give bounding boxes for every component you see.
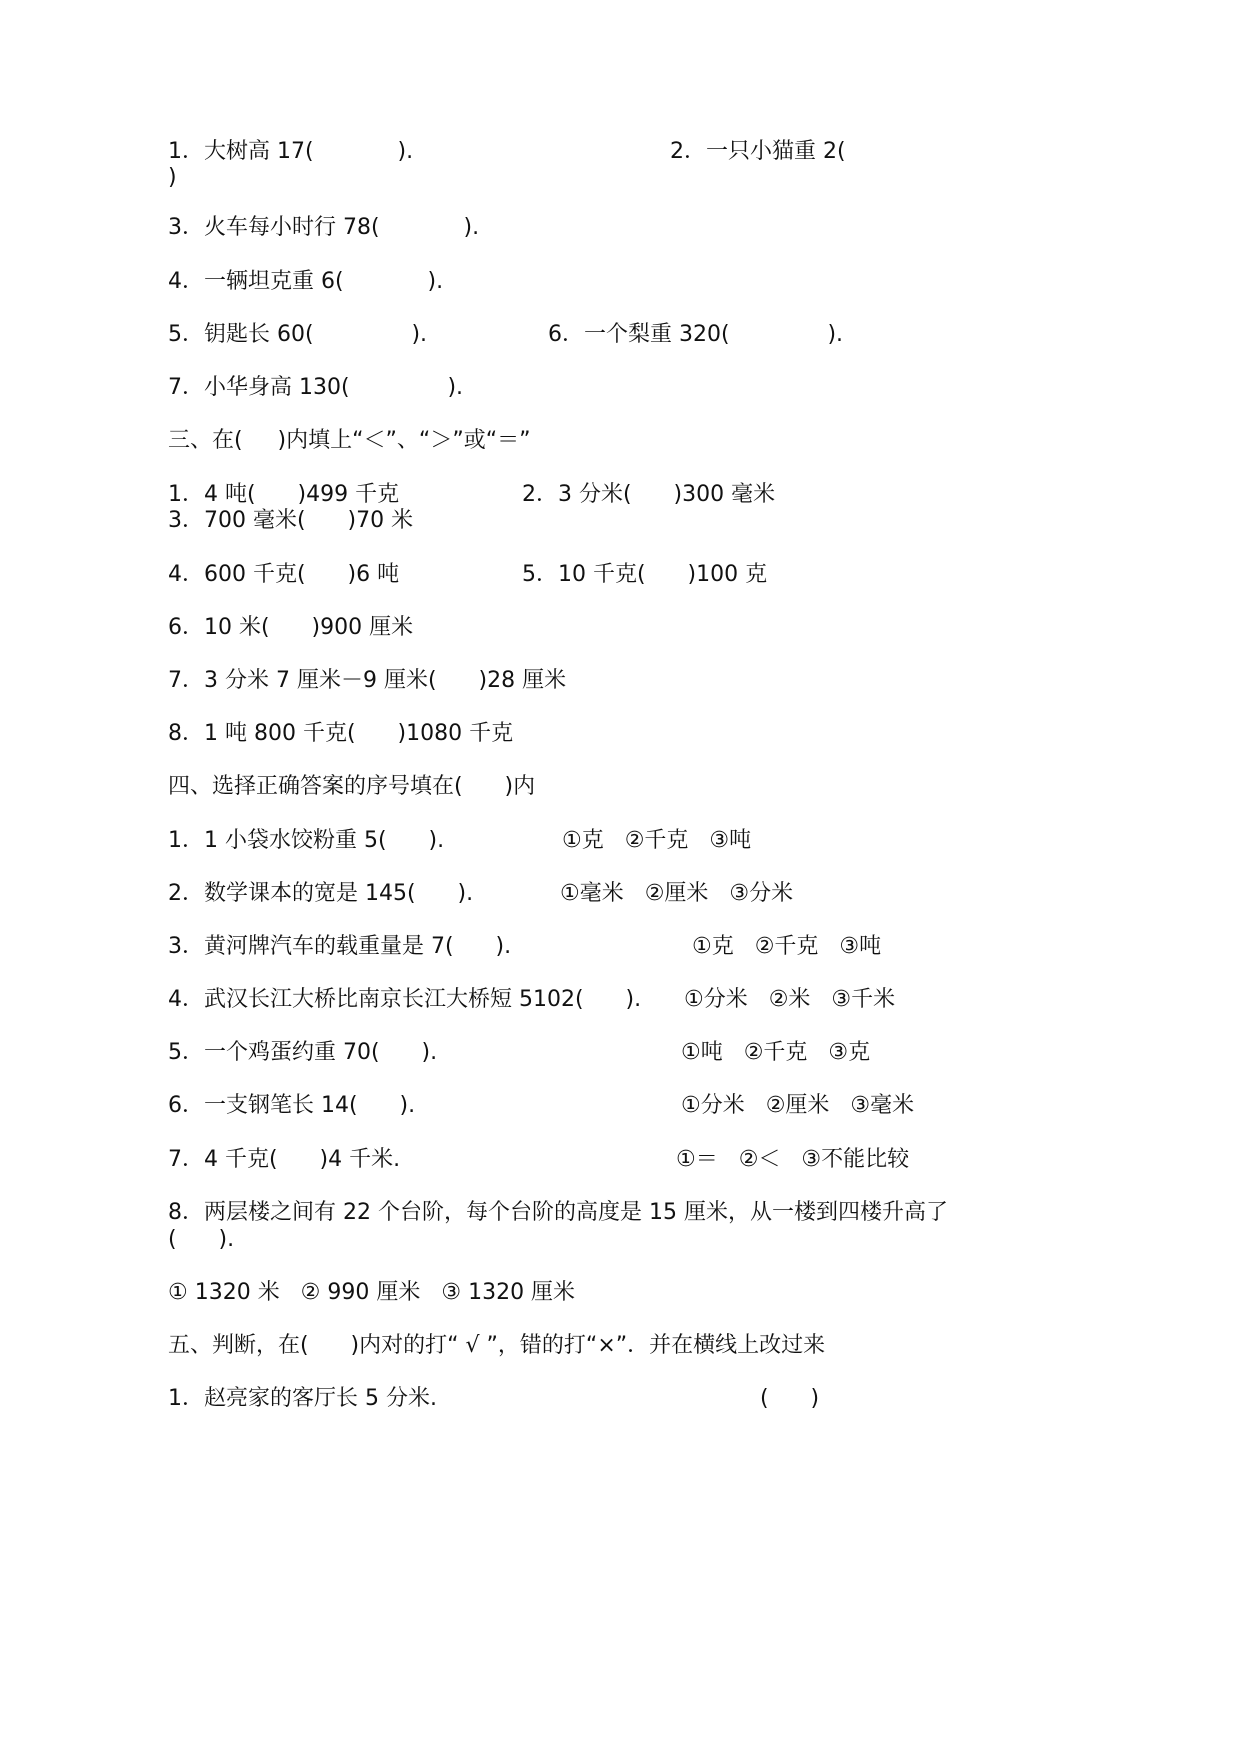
- s4-q3: 3．黄河牌汽车的载重量是 7( ).: [168, 933, 511, 961]
- s4-q8-options: ① 1320 米 ② 990 厘米 ③ 1320 厘米: [168, 1279, 575, 1307]
- section5-heading: 五、判断，在( )内对的打“ √ ”，错的打“×”．并在横线上改过来: [168, 1332, 825, 1360]
- s4-q5: 5．一个鸡蛋约重 70( ).: [168, 1039, 437, 1067]
- s4-q2: 2．数学课本的宽是 145( ).: [168, 880, 473, 908]
- s3-item-6: 6．10 米( )900 厘米: [168, 614, 413, 642]
- s2-item-2: 2．一只小猫重 2(: [670, 138, 846, 166]
- s4-q5-options: ①吨 ②千克 ③克: [681, 1039, 870, 1067]
- s2-item-4: 4．一辆坦克重 6( ).: [168, 268, 443, 296]
- s3-item-5: 5．10 千克( )100 克: [522, 561, 767, 589]
- s2-item-2-close: ): [168, 164, 177, 192]
- s4-q6-options: ①分米 ②厘米 ③毫米: [681, 1092, 914, 1120]
- s4-q7: 7．4 千克( )4 千米.: [168, 1146, 400, 1174]
- s3-item-2: 2．3 分米( )300 毫米: [522, 481, 775, 509]
- s2-item-6: 6．一个梨重 320( ).: [548, 321, 843, 349]
- s2-item-1: 1．大树高 17( ).: [168, 138, 413, 166]
- s5-q1-answer-box: ( ): [760, 1385, 819, 1413]
- s2-item-5: 5．钥匙长 60( ).: [168, 321, 427, 349]
- s3-item-4: 4．600 千克( )6 吨: [168, 561, 399, 589]
- s3-item-3: 3．700 毫米( )70 米: [168, 507, 413, 535]
- s4-q8: 8．两层楼之间有 22 个台阶，每个台阶的高度是 15 厘米，从一楼到四楼升高了: [168, 1199, 948, 1227]
- s5-q1: 1．赵亮家的客厅长 5 分米.: [168, 1385, 437, 1413]
- s4-q8-continuation: ( ).: [168, 1226, 234, 1254]
- section3-heading: 三、在( )内填上“＜”、“＞”或“＝”: [168, 427, 531, 455]
- s4-q1: 1．1 小袋水饺粉重 5( ).: [168, 827, 444, 855]
- s4-q4: 4．武汉长江大桥比南京长江大桥短 5102( ).: [168, 986, 641, 1014]
- s3-item-7: 7．3 分米 7 厘米－9 厘米( )28 厘米: [168, 667, 566, 695]
- s4-q3-options: ①克 ②千克 ③吨: [692, 933, 881, 961]
- s4-q2-options: ①毫米 ②厘米 ③分米: [560, 880, 793, 908]
- s2-item-7: 7．小华身高 130( ).: [168, 374, 463, 402]
- s4-q1-options: ①克 ②千克 ③吨: [562, 827, 751, 855]
- s2-item-3: 3．火车每小时行 78( ).: [168, 214, 479, 242]
- section4-heading: 四、选择正确答案的序号填在( )内: [168, 773, 535, 801]
- s4-q4-options: ①分米 ②米 ③千米: [684, 986, 895, 1014]
- s4-q7-options: ①＝ ②＜ ③不能比较: [676, 1146, 909, 1174]
- s3-item-8: 8．1 吨 800 千克( )1080 千克: [168, 720, 513, 748]
- s4-q6: 6．一支钢笔长 14( ).: [168, 1092, 415, 1120]
- s3-item-1: 1．4 吨( )499 千克: [168, 481, 399, 509]
